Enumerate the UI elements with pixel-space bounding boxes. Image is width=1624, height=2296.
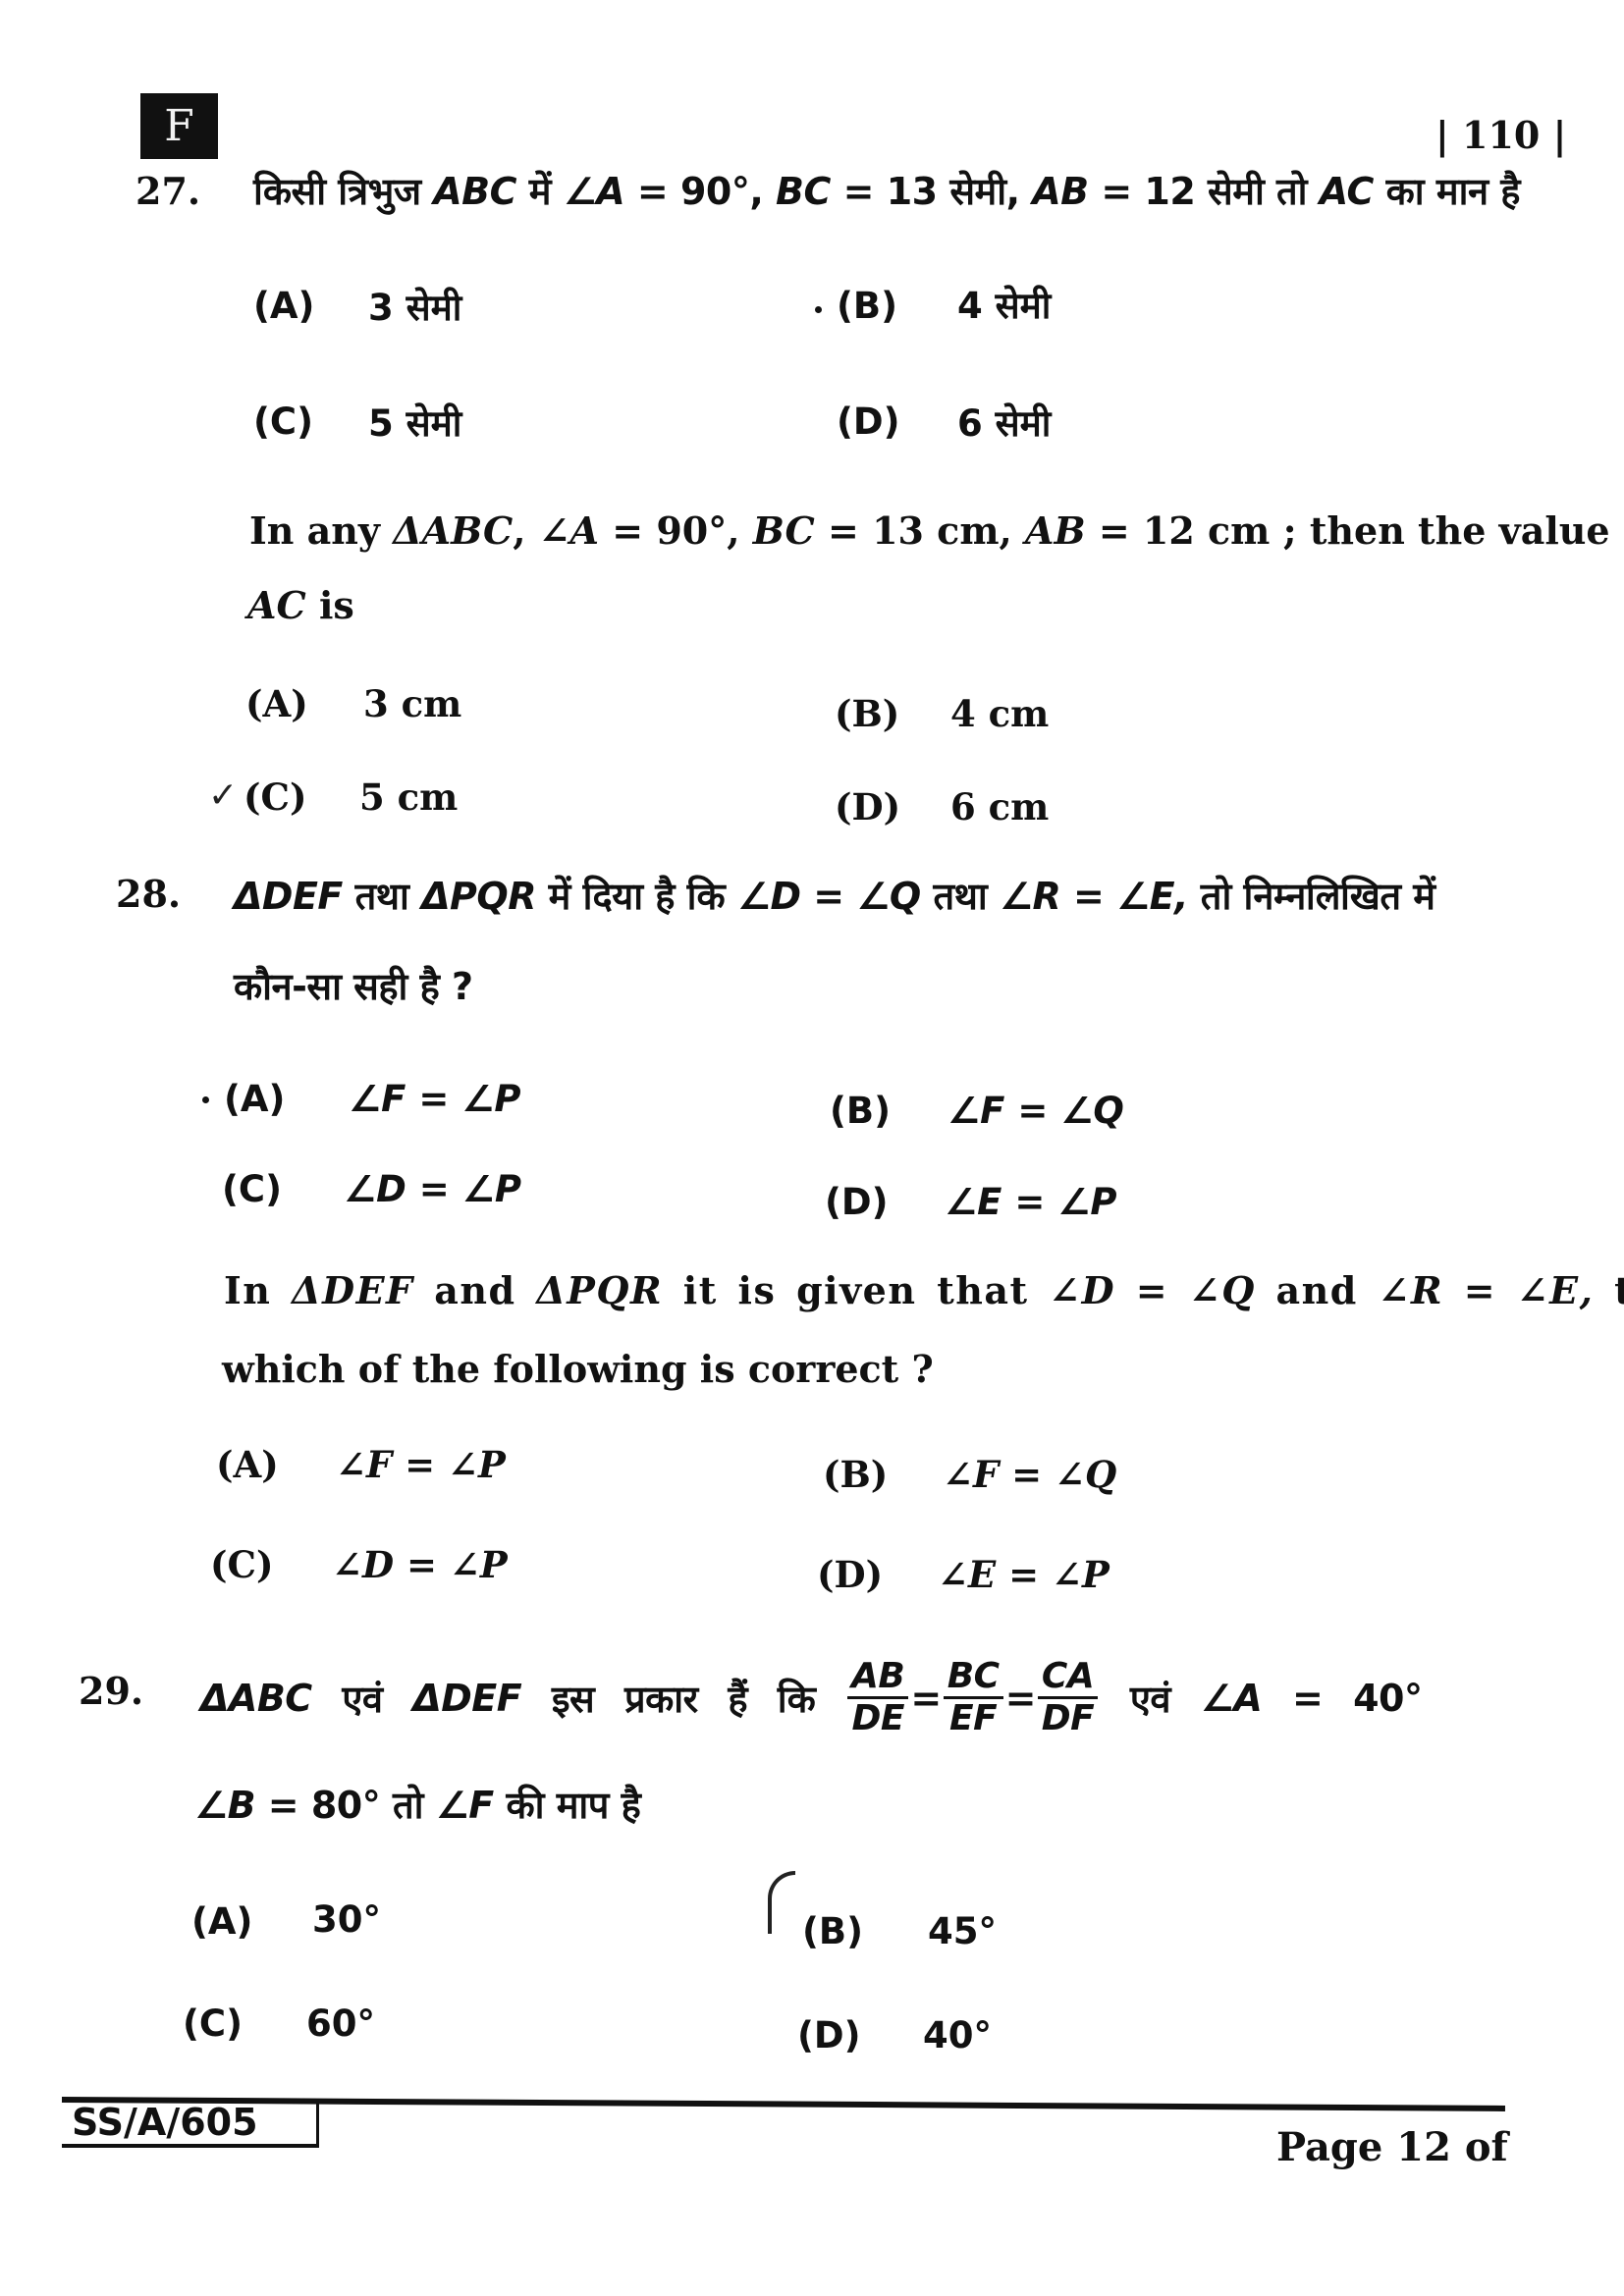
q28-hi-option-a-label[interactable]: (A) [224, 1078, 285, 1120]
q29-option-a-label[interactable]: (A) [191, 1900, 252, 1943]
pen-dot-mark [815, 306, 822, 313]
text: and [1256, 1268, 1379, 1312]
question-27-english-line1: In any ΔABC, ∠A = 90°, BC = 13 cm, AB = … [249, 508, 1624, 553]
q27-hi-option-c-label[interactable]: (C) [253, 400, 313, 443]
text: , [513, 508, 538, 553]
q28-en-option-a-label[interactable]: (A) [216, 1443, 279, 1486]
text: In [224, 1268, 292, 1312]
q27-hi-option-c-value: 5 सेमी [368, 397, 461, 447]
math: ΔDEF [292, 1268, 413, 1312]
q28-hi-option-d-value: ∠E = ∠P [945, 1181, 1117, 1223]
text: is [306, 583, 354, 627]
q29-option-b-value: 45° [928, 1910, 997, 1952]
q27-en-option-c-label[interactable]: (C) [244, 775, 306, 819]
question-28-english-line1: In ΔDEF and ΔPQR it is given that ∠D = ∠… [224, 1268, 1624, 1312]
math: AB [1032, 170, 1088, 213]
numerator: CA [1038, 1659, 1098, 1699]
q29-option-d-label[interactable]: (D) [797, 2014, 861, 2056]
q28-hi-option-a-value: ∠F = ∠P [349, 1078, 521, 1120]
text: एवं [1100, 1673, 1201, 1724]
q27-en-option-a-value: 3 cm [363, 682, 461, 725]
text: की माप है [494, 1784, 641, 1827]
denominator: EF [949, 1699, 997, 1736]
math: ∠A [1201, 1677, 1262, 1720]
q29-option-b-label[interactable]: (B) [802, 1910, 863, 1952]
numerator: BC [944, 1659, 1003, 1699]
text: it is given that [663, 1268, 1049, 1312]
q27-hi-option-b-label[interactable]: (B) [837, 285, 897, 327]
page-marker: | 110 | [1435, 113, 1566, 157]
set-code-badge: F [140, 93, 218, 159]
math: BC [776, 170, 831, 213]
text: तथा [343, 875, 421, 918]
question-28-hindi-line1: ΔDEF तथा ΔPQR में दिया है कि ∠D = ∠Q तथा… [234, 870, 1435, 921]
math: ΔPQR [536, 1268, 663, 1312]
math: ∠R = ∠E, [1379, 1268, 1595, 1312]
question-27-hindi-text: किसी त्रिभुज ABC में ∠A = 90°, BC = 13 स… [253, 165, 1520, 216]
math: BC [753, 508, 815, 553]
text: इस प्रकार हैं कि [521, 1673, 845, 1724]
text: में [516, 170, 564, 213]
page-number: Page 12 of [1276, 2124, 1508, 2170]
math: ∠B [194, 1784, 255, 1827]
math: ABC [433, 170, 516, 213]
q27-en-option-b-label[interactable]: (B) [835, 692, 899, 735]
math: ∠D = ∠Q [737, 875, 921, 918]
math: ∠A [564, 170, 624, 213]
question-27-english-line2: AC is [247, 583, 354, 627]
q27-en-option-b-value: 4 cm [950, 692, 1049, 735]
text: = 12 सेमी तो [1089, 170, 1320, 213]
text: = 90°, [599, 508, 753, 553]
q27-hi-option-d-label[interactable]: (D) [837, 400, 900, 443]
text: = 40° [1262, 1677, 1422, 1720]
q28-en-option-b-label[interactable]: (B) [823, 1453, 888, 1496]
text: में दिया है कि [536, 875, 737, 918]
q28-hi-option-c-value: ∠D = ∠P [344, 1168, 521, 1210]
q29-option-c-label[interactable]: (C) [183, 2002, 243, 2045]
question-number-27: 27. [135, 169, 200, 213]
text: In any [249, 508, 393, 553]
q28-en-option-b-value: ∠F = ∠Q [943, 1453, 1116, 1496]
math: ∠F [436, 1784, 494, 1827]
check-mark-icon: ✓ [208, 775, 238, 816]
set-code: F [164, 101, 194, 151]
question-29-hindi-line1: ΔABC एवं ΔDEF इस प्रकार हैं कि ABDE = BC… [200, 1659, 1422, 1736]
fraction-ca-df: CADF [1038, 1659, 1098, 1736]
question-number-29: 29. [79, 1669, 143, 1713]
question-28-hindi-line2: कौन-सा सही है ? [234, 960, 473, 1011]
text: = 13 सेमी, [831, 170, 1032, 213]
text: तो निम्नलिखित में [1188, 875, 1435, 918]
text: and [414, 1268, 537, 1312]
text: = 12 cm ; then the value of [1086, 508, 1624, 553]
text: then [1594, 1268, 1624, 1312]
text: = 90°, [624, 170, 776, 213]
q27-hi-option-d-value: 6 सेमी [957, 397, 1051, 447]
denominator: DF [1042, 1699, 1094, 1736]
q28-hi-option-d-label[interactable]: (D) [825, 1181, 889, 1223]
text: = 80° तो [255, 1784, 436, 1827]
q29-option-c-value: 60° [306, 2002, 375, 2045]
pen-dot-mark [202, 1096, 209, 1103]
math: AB [1025, 508, 1086, 553]
text: एवं [312, 1673, 413, 1724]
q27-en-option-d-label[interactable]: (D) [835, 785, 900, 828]
text: किसी त्रिभुज [253, 170, 433, 213]
question-28-english-line2: which of the following is correct ? [222, 1347, 934, 1391]
math: AC [1320, 170, 1374, 213]
q27-en-option-d-value: 6 cm [950, 785, 1049, 828]
q28-hi-option-c-label[interactable]: (C) [222, 1168, 282, 1210]
math: ΔDEF [412, 1677, 521, 1720]
pen-mark-icon [768, 1871, 795, 1934]
math: ∠A [539, 508, 599, 553]
q28-en-option-d-label[interactable]: (D) [817, 1553, 883, 1596]
q28-en-option-c-label[interactable]: (C) [210, 1543, 273, 1586]
q27-hi-option-a-value: 3 सेमी [368, 281, 461, 331]
math: ΔABC [200, 1677, 312, 1720]
paper-code: SS/A/605 [72, 2101, 258, 2144]
math: ΔPQR [421, 875, 536, 918]
fraction-bc-ef: BCEF [944, 1659, 1003, 1736]
q27-hi-option-a-label[interactable]: (A) [253, 285, 314, 327]
text: का मान है [1374, 170, 1520, 213]
math: ∠D = ∠Q [1049, 1268, 1256, 1312]
question-29-hindi-line2: ∠B = 80° तो ∠F की माप है [194, 1779, 640, 1830]
q29-option-a-value: 30° [312, 1898, 381, 1941]
text: तथा [921, 875, 1000, 918]
q29-option-d-value: 40° [923, 2014, 992, 2056]
math: AC [247, 583, 306, 627]
q28-en-option-d-value: ∠E = ∠P [938, 1553, 1110, 1596]
q28-en-option-c-value: ∠D = ∠P [332, 1543, 508, 1586]
q27-hi-option-b-value: 4 सेमी [957, 279, 1051, 329]
text: = 13 cm, [815, 508, 1025, 553]
q28-hi-option-b-value: ∠F = ∠Q [947, 1090, 1124, 1132]
q28-hi-option-b-label[interactable]: (B) [830, 1090, 891, 1132]
q27-en-option-c-value: 5 cm [359, 775, 458, 819]
denominator: DE [851, 1699, 903, 1736]
math: ∠R = ∠E, [1000, 875, 1188, 918]
numerator: AB [847, 1659, 908, 1699]
math: ΔABC [393, 508, 513, 553]
q28-en-option-a-value: ∠F = ∠P [336, 1443, 506, 1486]
paper-code-box: SS/A/605 [62, 2101, 319, 2148]
question-number-28: 28. [116, 872, 181, 916]
math: ΔDEF [234, 875, 343, 918]
fraction-ab-de: ABDE [847, 1659, 908, 1736]
q27-en-option-a-label[interactable]: (A) [245, 682, 308, 725]
